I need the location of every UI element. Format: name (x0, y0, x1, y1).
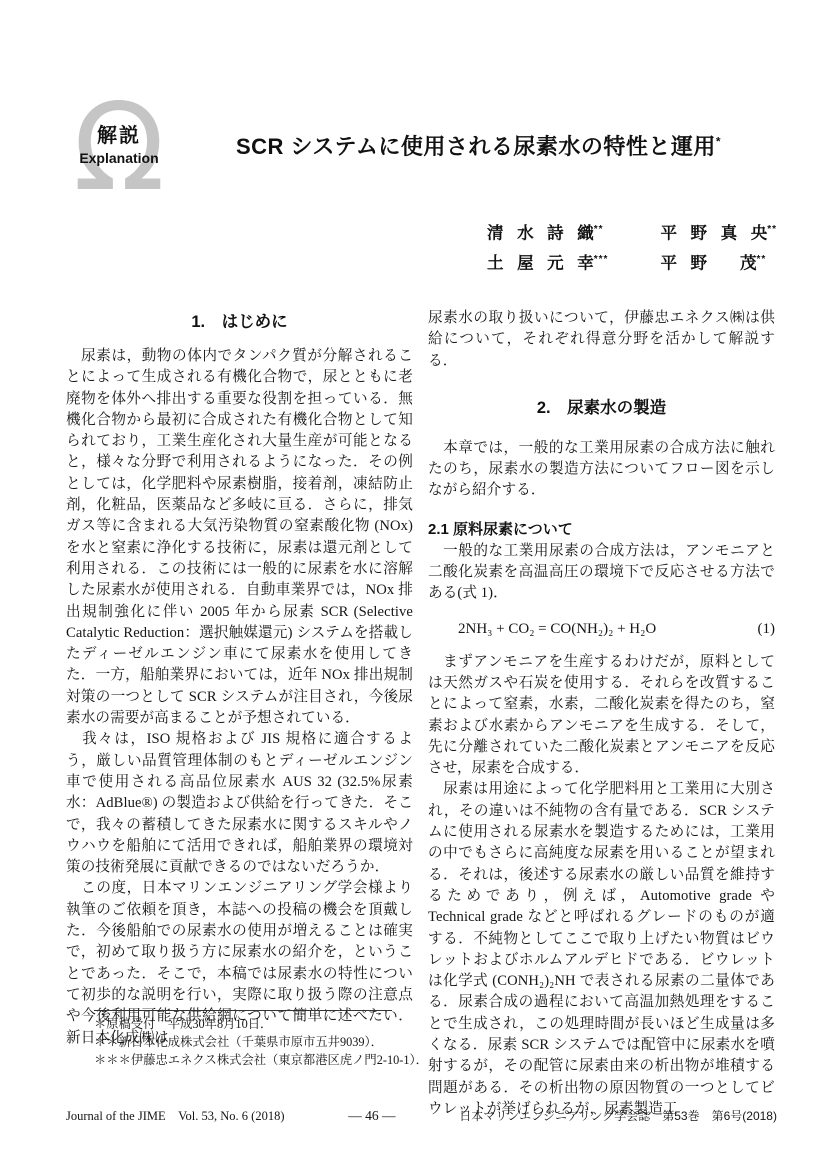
author-name: 清 水 詩 織 (487, 225, 594, 243)
author-name: 平 野 茂 (660, 254, 756, 272)
paragraph-ammonia-production: まずアンモニアを生産するわけだが，原料としては天然ガスや石炭を使用する．それらを… (428, 652, 775, 780)
equation-number: (1) (758, 621, 776, 638)
badge-text: 解説 Explanation (62, 119, 176, 166)
footer-journal-en: Journal of the JIME Vol. 53, No. 6 (2018… (66, 1106, 285, 1124)
equation-formula: 2NH₃ + CO₂ = CO(NH₂)₂ + H₂O (458, 621, 656, 638)
footnote-affiliation-2: ＊＊＊伊藤忠エネクス株式会社（東京都港区虎ノ門2-10-1）． (94, 1051, 430, 1069)
footnotes-block: ＊原稿受付 平成30年8月10日． ＊＊新日本化成株式会社（千葉県市原市五井90… (94, 1010, 430, 1069)
paper-title-text: SCR システムに使用される尿素水の特性と運用 (236, 134, 716, 159)
title-asterisk: * (716, 135, 721, 149)
author-marks: ** (767, 224, 777, 235)
equation-1: 2NH₃ + CO₂ = CO(NH₂)₂ + H₂O (1) (428, 621, 775, 638)
author-name: 土 屋 元 幸 (487, 254, 594, 272)
authors-block: 清 水 詩 織** 平 野 真 央** 土 屋 元 幸*** 平 野 茂** (487, 218, 777, 275)
page-footer: Journal of the JIME Vol. 53, No. 6 (2018… (66, 1106, 777, 1124)
subsection-2-1-heading: 2.1 原料尿素について (428, 518, 775, 539)
author-marks: ** (757, 254, 767, 265)
author-name: 平 野 真 央 (660, 225, 767, 243)
left-column: 1. はじめに 尿素は，動物の体内でタンパク質が分解されることによって生成される… (66, 308, 413, 1049)
author-marks: ** (594, 224, 604, 235)
author-1: 清 水 詩 織** (487, 218, 608, 246)
footer-page-number: ― 46 ― (348, 1108, 395, 1124)
author-3: 土 屋 元 幸*** (487, 248, 608, 276)
paragraph-chapter-overview: 本章では，一般的な工業用尿素の合成方法に触れたのち，尿素水の製造方法についてフロ… (428, 438, 775, 502)
explanation-badge: Ω 解説 Explanation (62, 93, 176, 213)
section-2-heading: 2. 尿素水の製造 (428, 394, 775, 418)
paper-title: SCR システムに使用される尿素水の特性と運用* (178, 130, 779, 161)
author-2: 平 野 真 央** (660, 218, 777, 246)
journal-page: Ω 解説 Explanation SCR システムに使用される尿素水の特性と運用… (0, 0, 827, 1170)
paragraph-synthesis-method: 一般的な工業用尿素の合成方法は，アンモニアと二酸化炭素を高温高圧の環境下で反応さ… (428, 541, 775, 605)
footnote-affiliation-1: ＊＊新日本化成株式会社（千葉県市原市五井9039）． (94, 1033, 430, 1051)
right-column: 尿素水の取り扱いについて，伊藤忠エネクス㈱は供給について，それぞれ得意分野を活か… (428, 308, 775, 1120)
paragraph-continuation: 尿素水の取り扱いについて，伊藤忠エネクス㈱は供給について，それぞれ得意分野を活か… (428, 308, 775, 372)
author-marks: *** (594, 254, 609, 265)
footer-journal-jp: 日本マリンエンジニアリング学会誌 第53巻 第6号(2018) (459, 1107, 777, 1124)
author-4: 平 野 茂** (660, 248, 777, 276)
footnote-divider (94, 1010, 392, 1011)
paragraph-intro-urea: 尿素は，動物の体内でタンパク質が分解されることによって生成される有機化合物で，尿… (66, 346, 413, 729)
section-1-heading: 1. はじめに (66, 308, 413, 332)
paragraph-urea-grades: 尿素は用途によって化学肥料用と工業用に大別され，その違いは不純物の含有量である．… (428, 779, 775, 1120)
footnote-received: ＊原稿受付 平成30年8月10日． (94, 1015, 430, 1033)
badge-english-label: Explanation (62, 150, 176, 166)
badge-kanji-label: 解説 (62, 119, 176, 148)
paragraph-adblue: 我々は，ISO 規格および JIS 規格に適合するよう，厳しい品質管理体制のもと… (66, 729, 413, 878)
